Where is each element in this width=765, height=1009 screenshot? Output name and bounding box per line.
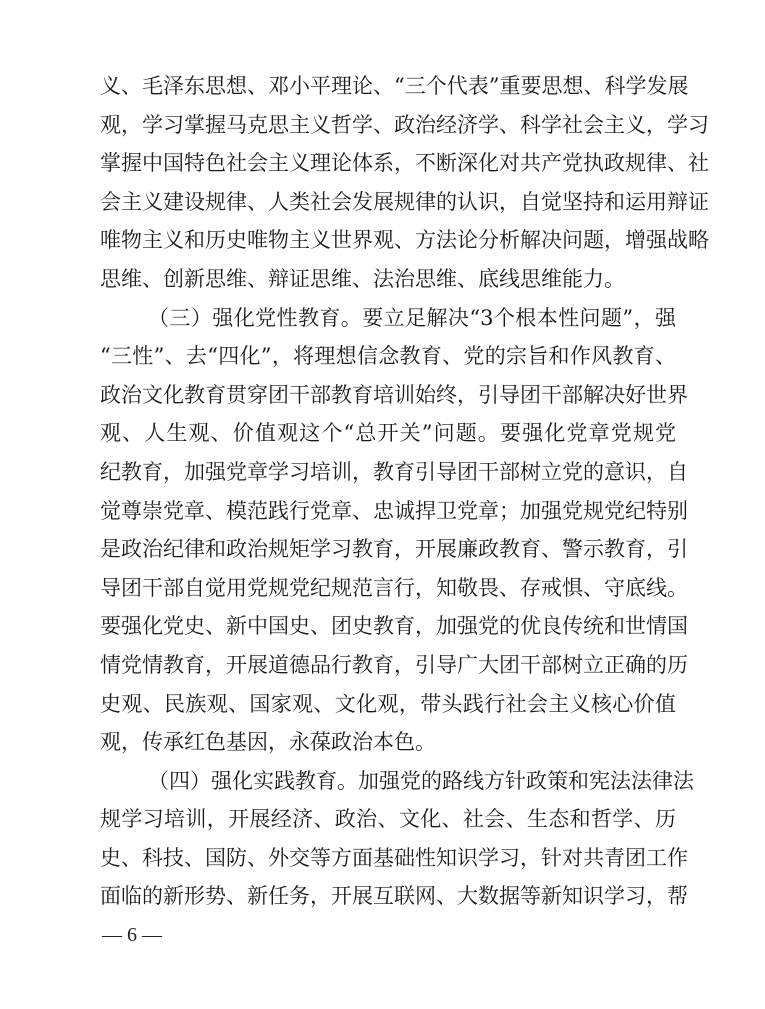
text-line: 唯物主义和历史唯物主义世界观、方法论分析解决问题，增强战略 bbox=[100, 221, 676, 260]
text-line: 掌握中国特色社会主义理论体系，不断深化对共产党执政规律、社 bbox=[100, 144, 676, 183]
text-line: 情党情教育，开展道德品行教育，引导广大团干部树立正确的历 bbox=[100, 646, 676, 685]
paragraph-section-3-party-spirit: （三）强化党性教育。要立足解决“3个根本性问题”，强 “三性”、去“四化”，将理… bbox=[100, 299, 676, 762]
text-line: 观，传承红色基因，永葆政治本色。 bbox=[100, 723, 676, 762]
text-line: 会主义建设规律、人类社会发展规律的认识，自觉坚持和运用辩证 bbox=[100, 183, 676, 222]
text-line: 导团干部自觉用党规党纪规范言行，知敬畏、存戒惧、守底线。 bbox=[100, 569, 676, 608]
body-text: 义、毛泽东思想、邓小平理论、“三个代表”重要思想、科学发展 观，学习掌握马克思主… bbox=[100, 67, 676, 916]
text-line: 面临的新形势、新任务，开展互联网、大数据等新知识学习，帮 bbox=[100, 877, 676, 916]
text-line: 要强化党史、新中国史、团史教育，加强党的优良传统和世情国 bbox=[100, 607, 676, 646]
text-line: 史观、民族观、国家观、文化观，带头践行社会主义核心价值 bbox=[100, 685, 676, 724]
section-heading-line: （三）强化党性教育。要立足解决“3个根本性问题”，强 bbox=[100, 299, 676, 338]
page-number: — 6 — bbox=[102, 922, 162, 948]
text-line: 规学习培训，开展经济、政治、文化、社会、生态和哲学、历 bbox=[100, 800, 676, 839]
text-line: 思维、创新思维、辩证思维、法治思维、底线思维能力。 bbox=[100, 260, 676, 299]
text-line: 纪教育，加强党章学习培训，教育引导团干部树立党的意识，自 bbox=[100, 453, 676, 492]
text-line: 是政治纪律和政治规矩学习教育，开展廉政教育、警示教育，引 bbox=[100, 530, 676, 569]
section-heading-line: （四）强化实践教育。加强党的路线方针政策和宪法法律法 bbox=[100, 762, 676, 801]
document-page: 义、毛泽东思想、邓小平理论、“三个代表”重要思想、科学发展 观，学习掌握马克思主… bbox=[0, 0, 765, 1009]
paragraph-section-4-practice: （四）强化实践教育。加强党的路线方针政策和宪法法律法 规学习培训，开展经济、政治… bbox=[100, 762, 676, 916]
text-line: 史、科技、国防、外交等方面基础性知识学习，针对共青团工作 bbox=[100, 839, 676, 878]
text-line: 观，学习掌握马克思主义哲学、政治经济学、科学社会主义，学习 bbox=[100, 106, 676, 145]
text-line: 觉尊崇党章、模范践行党章、忠诚捍卫党章；加强党规党纪特别 bbox=[100, 492, 676, 531]
text-line: 政治文化教育贯穿团干部教育培训始终，引导团干部解决好世界 bbox=[100, 376, 676, 415]
text-line: 义、毛泽东思想、邓小平理论、“三个代表”重要思想、科学发展 bbox=[100, 67, 676, 106]
paragraph-continued: 义、毛泽东思想、邓小平理论、“三个代表”重要思想、科学发展 观，学习掌握马克思主… bbox=[100, 67, 676, 299]
text-line: “三性”、去“四化”，将理想信念教育、党的宗旨和作风教育、 bbox=[100, 337, 676, 376]
text-line: 观、人生观、价值观这个“总开关”问题。要强化党章党规党 bbox=[100, 414, 676, 453]
